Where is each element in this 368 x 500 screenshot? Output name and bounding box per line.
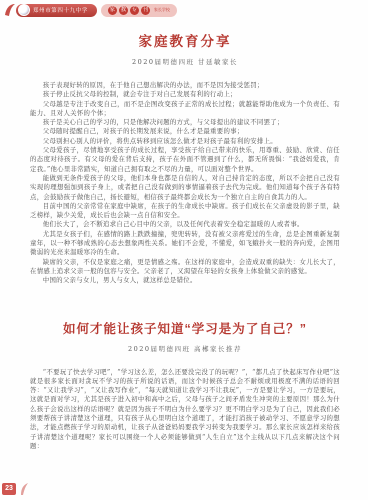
paragraph: 父母爱孩子，尽情地享受孩子的成长过程，享受孩子给自己带来的快乐，用尊重、鼓励、欣… <box>30 146 340 174</box>
badge-char: 教 <box>119 6 128 15</box>
school-logo-icon <box>18 4 30 16</box>
paragraph: 尤其是女孩子们，在感情的路上跌跌撞撞，兜兜转转，没有被父亲疼爱过的生命，总是企图… <box>30 230 340 258</box>
paragraph: “不要玩了快去学习吧”，“学习这么差，怎么还要没完没了的玩呢？”，“都几点了快起… <box>30 368 340 452</box>
paragraph: 父母越是专注于改变自己，而不是企图改变孩子正常的成长过程；就越能帮助他成为一个负… <box>30 100 340 119</box>
article2-title: 如何才能让孩子知道“学习是为了自己？” <box>30 319 340 337</box>
badge-char: 家 <box>108 6 117 15</box>
article2-body: “不要玩了快去学习吧”，“学习这么差，怎么还要没完没了的玩呢？”，“都几点了快起… <box>30 368 340 452</box>
paragraph: 孩子表现好转的原因，在于他自己想出解决的办法，而不是因为接受惩罚； <box>30 81 340 90</box>
school-name: 郑州市第四十九中学 <box>33 6 88 14</box>
paragraph: 能做到无条件爱孩子的父母，他们本身也都是自信的人，对自己持肯定的态度，所以不会把… <box>30 174 340 202</box>
document-page: 郑州市第四十九中学 家 教 专 刊 家长学校 家庭教育分享 2020届明德四班 … <box>0 0 368 500</box>
paragraph: 他们长大了，会不断追求自己心目中的父亲，以及任何代表着安全稳定温暖的人或者事。 <box>30 220 340 229</box>
badge-caption: 家长学校 <box>154 8 170 13</box>
article1-title: 家庭教育分享 <box>30 30 340 50</box>
page-content: 家庭教育分享 2020届明德四班 甘延敏家长 孩子表现好转的原因，在于他自己想出… <box>30 30 340 451</box>
paragraph: 孩子停止反抗父母的控制，就会专注于对自己发展有利的行动上； <box>30 90 340 99</box>
paragraph: 中国的父亲与女儿，男人与女人，就这样总是错位。 <box>30 276 340 285</box>
publication-banner: 家 教 专 刊 家长学校 <box>101 4 177 17</box>
badge-char: 刊 <box>141 6 150 15</box>
badge-char: 专 <box>130 6 139 15</box>
paragraph: 目前中国的父亲常常在家庭中缺席，在孩子的生命成长中缺席。孩子们成长在父亲虚设的影… <box>30 202 340 221</box>
page-number: 23 <box>2 483 16 495</box>
paragraph: 缺席的父亲，不仅是家庭之痛，更是情感之殇。在这样的家庭中，会造成双重的缺失：女儿… <box>30 258 340 277</box>
school-banner: 郑州市第四十九中学 <box>16 4 97 17</box>
ribbon-icon <box>4 3 16 17</box>
paragraph: 父母随时提醒自己，对孩子的长期发展来说，什么才是最重要的事； <box>30 127 340 136</box>
paragraph: 父母别担心别人的评价，将焦点转移到应该怎么做才是对孩子最有利的安排上。 <box>30 137 340 146</box>
article1-body: 孩子表现好转的原因，在于他自己想出解决的办法，而不是因为接受惩罚； 孩子停止反抗… <box>30 81 340 286</box>
article1-byline: 2020届明德四班 甘延敏家长 <box>30 57 340 66</box>
leaf-icon <box>19 482 29 496</box>
masthead: 郑州市第四十九中学 家 教 专 刊 家长学校 <box>4 3 177 17</box>
article2-byline: 2020届明德四班 高郴家长推荐 <box>30 344 340 353</box>
